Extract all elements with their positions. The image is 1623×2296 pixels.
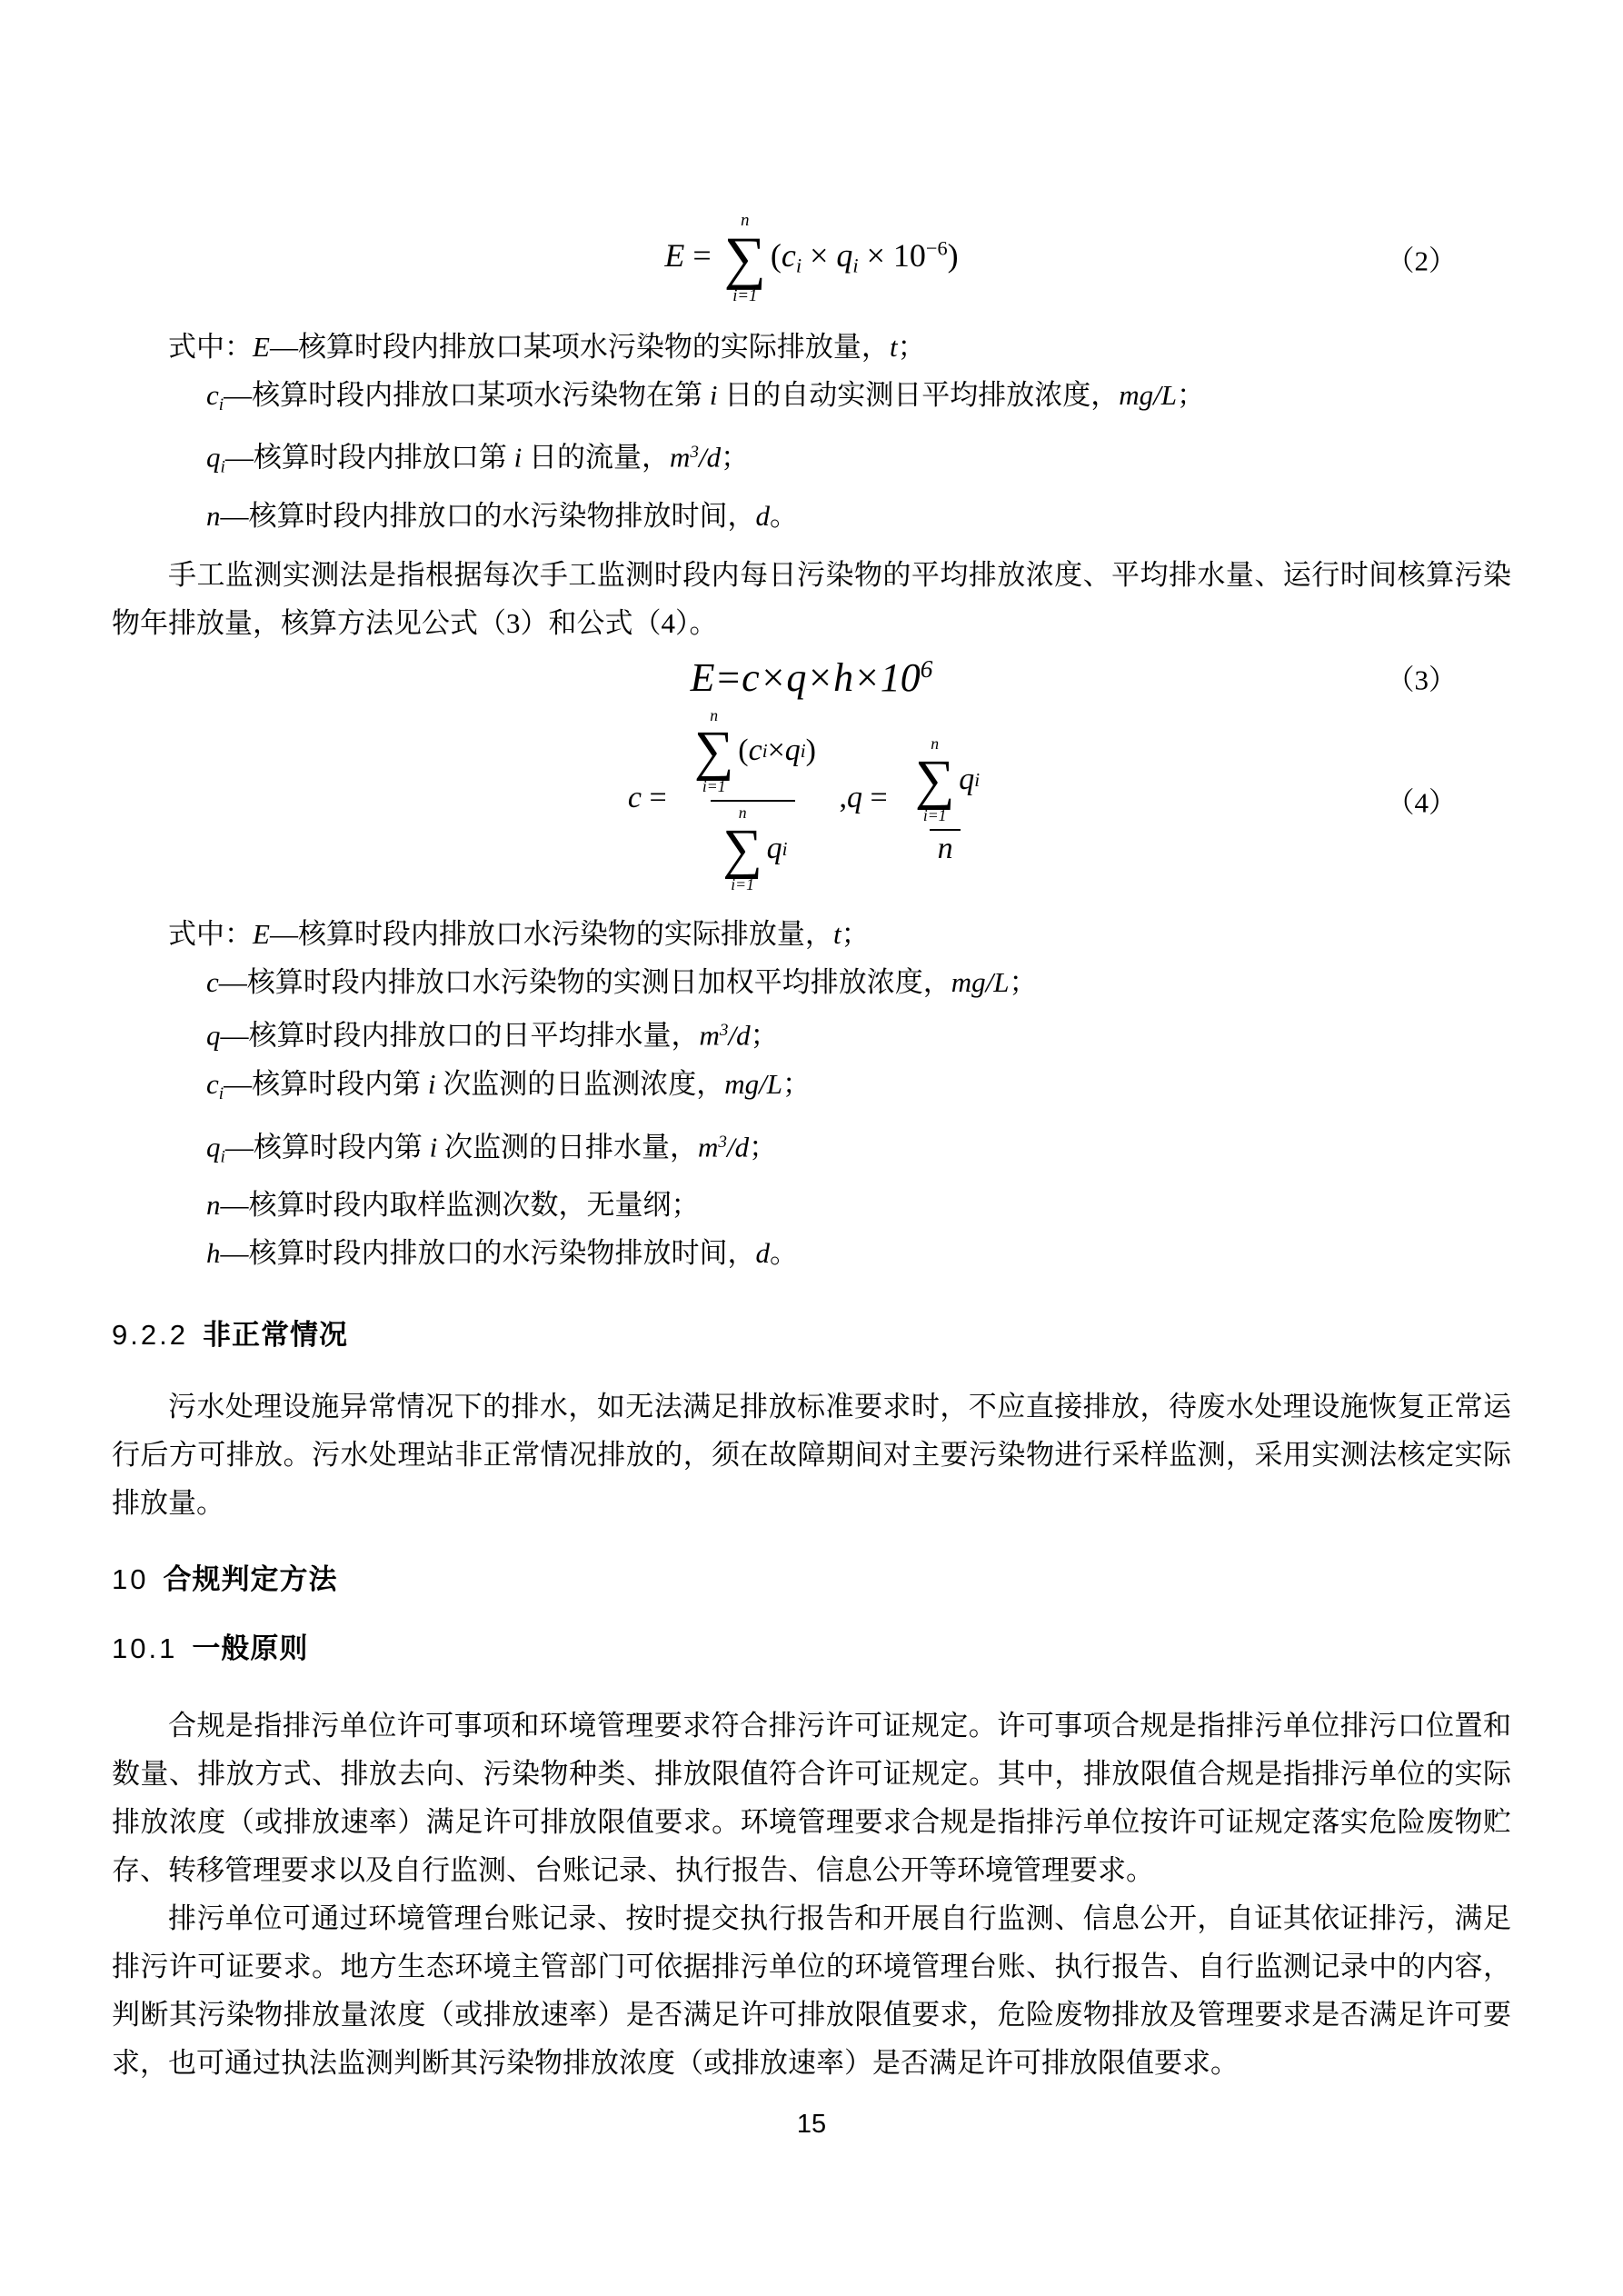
paragraph-manual-method: 手工监测实测法是指根据每次手工监测时段内每日污染物的平均排放浓度、平均排水量、运… [112,551,1511,647]
section-heading-10: 10合规判定方法 [112,1563,1511,1596]
paragraph-abnormal: 污水处理设施异常情况下的排水，如无法满足排放标准要求时，不应直接排放，待废水处理… [112,1383,1511,1527]
formula-3: E=c×q×h×106 （3） [112,654,1511,701]
definition-line: c—核算时段内排放口水污染物的实测日加权平均排放浓度，mg/L； [112,958,1511,1006]
section-number: 9.2.2 [112,1319,188,1351]
formula-2: E = n∑i=1(ci × qi × 10−6) （2） [112,211,1511,306]
definition-line: 式中：E—核算时段内排放口某项水污染物的实际排放量，t； [112,323,1511,371]
sigma-sum: n∑i=1 [724,211,766,306]
section-title: 一般原则 [192,1632,308,1664]
definition-line: qi—核算时段内第 i 次监测的日排水量，m3/d； [112,1118,1511,1181]
definition-line: n—核算时段内取样监测次数，无量纲； [112,1181,1511,1229]
definition-line: ci—核算时段内第 i 次监测的日监测浓度，mg/L； [112,1060,1511,1118]
formula-2-number: （2） [1387,238,1458,279]
formula-4-number: （4） [1387,779,1458,820]
section-heading-9-2-2: 9.2.2非正常情况 [112,1319,1511,1352]
page-number: 15 [0,2110,1623,2140]
formula-4: c = n∑i=1(ci × qi)n∑i=1qi ,q = n∑i=1qin … [112,704,1511,896]
sigma-sum: n∑i=1 [722,804,762,893]
formula-3-number: （3） [1387,657,1458,698]
section-number: 10.1 [112,1632,177,1664]
formula-3-body: E=c×q×h×106 [691,655,933,700]
definition-line: qi—核算时段内排放口第 i 日的流量，m3/d； [112,428,1511,491]
definition-line: q—核算时段内排放口的日平均排水量，m3/d； [112,1006,1511,1060]
paragraph-compliance-1: 合规是指排污单位许可事项和环境管理要求符合排污许可证规定。许可事项合规是指排污单… [112,1702,1511,1894]
definition-line: n—核算时段内排放口的水污染物排放时间，d。 [112,492,1511,540]
variable-definitions-formula-2: 式中：E—核算时段内排放口某项水污染物的实际排放量，t；ci—核算时段内排放口某… [112,323,1511,540]
section-title: 非正常情况 [203,1319,348,1351]
formula-2-body: E = n∑i=1(ci × qi × 10−6) [664,237,958,274]
fraction: n∑i=1(ci × qi)n∑i=1qi [682,704,824,896]
section-title: 合规判定方法 [163,1563,337,1595]
definition-line: 式中：E—核算时段内排放口水污染物的实际排放量，t； [112,910,1511,958]
document-page: E = n∑i=1(ci × qi × 10−6) （2） 式中：E—核算时段内… [0,0,1623,2296]
section-heading-10-1: 10.1一般原则 [112,1632,1511,1665]
fraction: n∑i=1qin [903,733,988,866]
formula-4-body: c = n∑i=1(ci × qi)n∑i=1qi ,q = n∑i=1qin [628,781,995,814]
definition-line: ci—核算时段内排放口某项水污染物在第 i 日的自动实测日平均排放浓度，mg/L… [112,371,1511,429]
definition-line: h—核算时段内排放口的水污染物排放时间，d。 [112,1229,1511,1277]
sigma-sum: n∑i=1 [694,706,734,796]
section-number: 10 [112,1563,148,1595]
variable-definitions-formula-4: 式中：E—核算时段内排放口水污染物的实际排放量，t；c—核算时段内排放口水污染物… [112,910,1511,1277]
paragraph-compliance-2: 排污单位可通过环境管理台账记录、按时提交执行报告和开展自行监测、信息公开，自证其… [112,1894,1511,2087]
sigma-sum: n∑i=1 [915,734,955,824]
